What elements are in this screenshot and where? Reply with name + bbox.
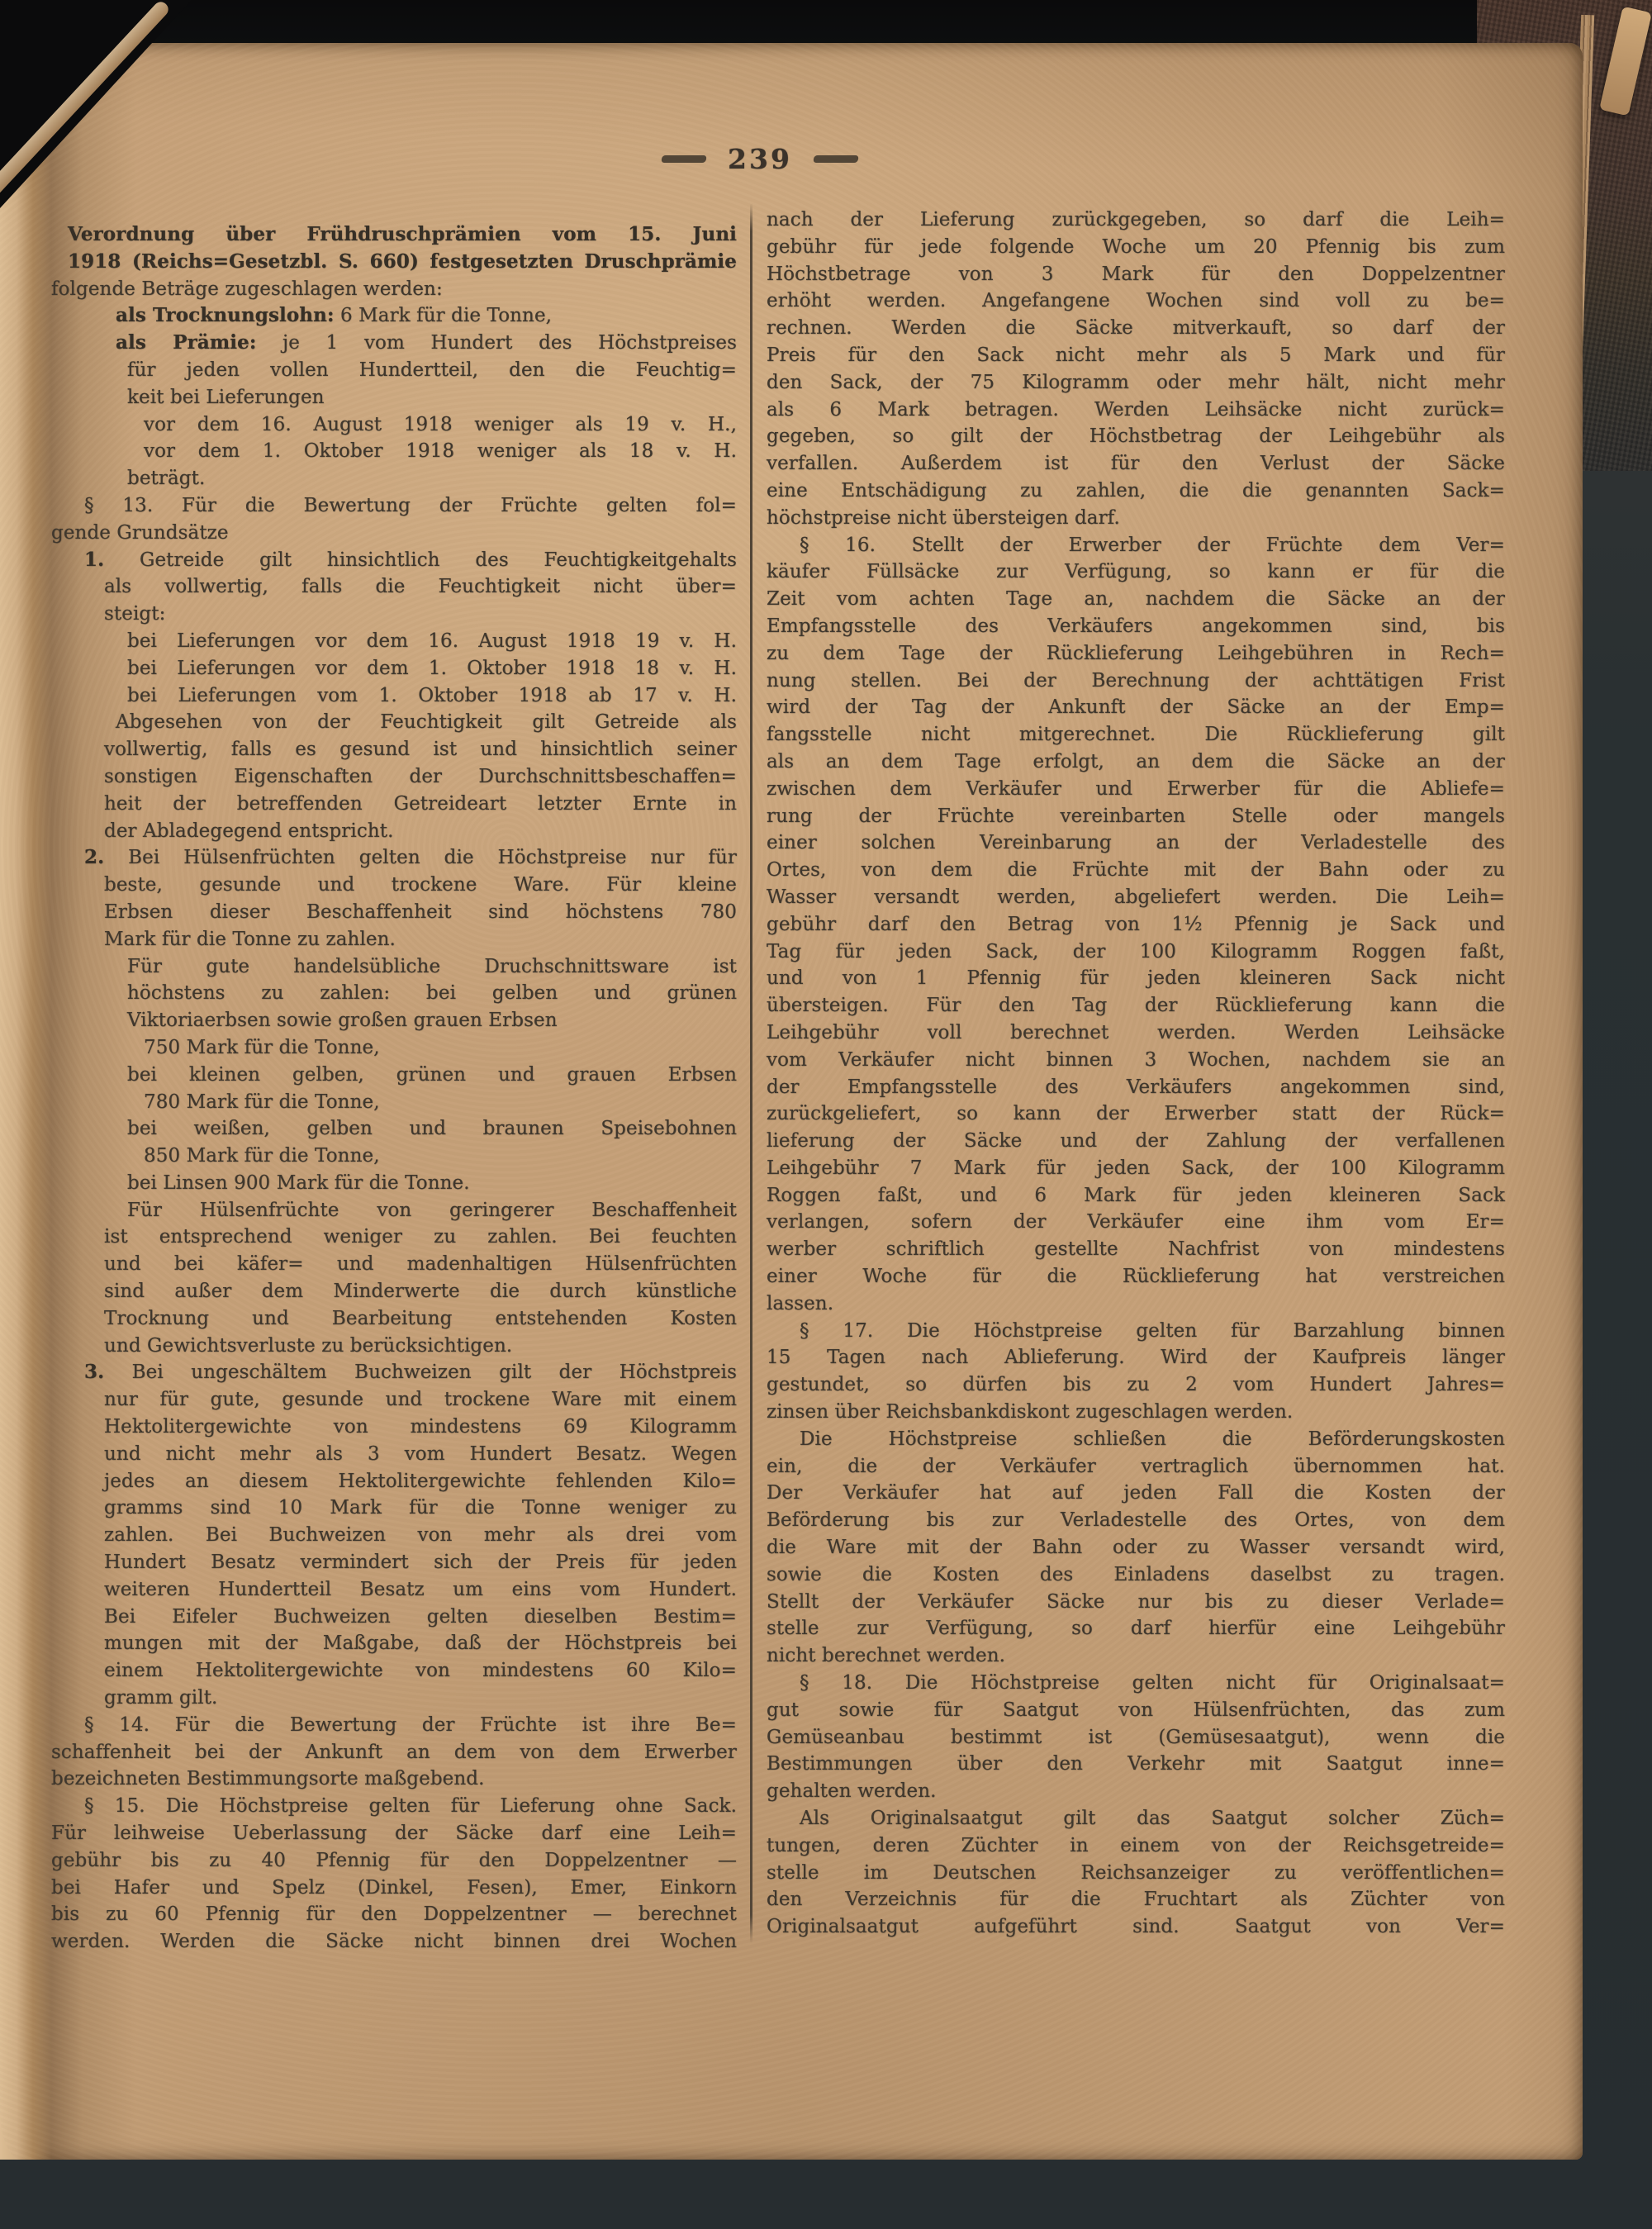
- text-line: zu dem Tage der Rücklieferung Leihgebühr…: [767, 640, 1505, 668]
- text-line: Für Hülsenfrüchte von geringerer Beschaf…: [51, 1197, 737, 1224]
- text-line: vom Verkäufer nicht binnen 3 Wochen, nac…: [767, 1047, 1505, 1074]
- text-line: Höchstbetrage von 3 Mark für den Doppelz…: [767, 261, 1505, 288]
- run-in-label: 2.: [84, 846, 104, 868]
- text-line: verlangen, sofern der Verkäufer eine ihm…: [767, 1209, 1505, 1236]
- text-line: steigt:: [51, 601, 737, 628]
- text-line: bei Lieferungen vor dem 1. Oktober 1918 …: [51, 655, 737, 682]
- text-line: nur für gute, gesunde und trockene Ware …: [51, 1386, 737, 1414]
- text-line: tungen, deren Züchter in einem von der R…: [767, 1832, 1505, 1860]
- run-in-label: 3.: [84, 1361, 104, 1383]
- text-line: und von 1 Pfennig für jeden kleineren Sa…: [767, 965, 1505, 992]
- text-line: verfallen. Außerdem ist für den Verlust …: [767, 450, 1505, 478]
- run-in-label: 1.: [84, 549, 104, 571]
- text-line: 1. Getreide gilt hinsichtlich des Feucht…: [51, 547, 737, 574]
- text-line: § 16. Stellt der Erwerber der Früchte de…: [767, 532, 1505, 559]
- column-divider-rule: [750, 203, 752, 1943]
- text-line: nicht berechnet werden.: [767, 1642, 1505, 1670]
- text-line: der Empfangsstelle des Verkäufers angeko…: [767, 1074, 1505, 1101]
- text-line: Trocknung und Bearbeitung entstehenden K…: [51, 1305, 737, 1333]
- text-line: Die Höchstpreise schließen die Beförderu…: [767, 1426, 1505, 1453]
- dash-ornament: [661, 155, 707, 163]
- text-line: § 15. Die Höchstpreise gelten für Liefer…: [51, 1793, 737, 1820]
- text-line: einer Woche für die Rücklieferung hat ve…: [767, 1263, 1505, 1290]
- text-line: ist entsprechend weniger zu zahlen. Bei …: [51, 1224, 737, 1251]
- text-line: beträgt.: [51, 465, 737, 492]
- text-line: zwischen dem Verkäufer und Erwerber für …: [767, 776, 1505, 803]
- column-right: nach der Lieferung zurückgegeben, so dar…: [767, 207, 1505, 1941]
- text-line: ein, die der Verkäufer vertraglich übern…: [767, 1453, 1505, 1480]
- text-line: Viktoriaerbsen sowie großen grauen Erbse…: [51, 1007, 737, 1034]
- text-line: § 13. Für die Bewertung der Früchte gelt…: [51, 492, 737, 520]
- text-line: Verordnung über Frühdruschprämien vom 15…: [51, 221, 737, 249]
- text-line: 2. Bei Hülsenfrüchten gelten die Höchstp…: [51, 844, 737, 872]
- text-line: 780 Mark für die Tonne,: [51, 1089, 737, 1116]
- text-line: und nicht mehr als 3 vom Hundert Besatz.…: [51, 1441, 737, 1468]
- text-line: käufer Füllsäcke zur Verfügung, so kann …: [767, 558, 1505, 586]
- text-line: rung der Früchte vereinbarten Stelle ode…: [767, 803, 1505, 830]
- text-line: bei Lieferungen vom 1. Oktober 1918 ab 1…: [51, 682, 737, 710]
- text-line: lassen.: [767, 1290, 1505, 1318]
- text-line: Preis für den Sack nicht mehr als 5 Mark…: [767, 342, 1505, 369]
- text-line: 850 Mark für die Tonne,: [51, 1143, 737, 1170]
- text-line: als vollwertig, falls die Feuchtigkeit n…: [51, 573, 737, 601]
- text-line: § 18. Die Höchstpreise gelten nicht für …: [767, 1670, 1505, 1697]
- text-line: gramm gilt.: [51, 1685, 737, 1712]
- text-line: sind außer dem Minderwerte die durch kün…: [51, 1278, 737, 1305]
- text-line: vor dem 16. August 1918 weniger als 19 v…: [51, 411, 737, 439]
- text-line: bei kleinen gelben, grünen und grauen Er…: [51, 1062, 737, 1089]
- text-line: § 17. Die Höchstpreise gelten für Barzah…: [767, 1318, 1505, 1345]
- text-line: vollwertig, falls es gesund ist und hins…: [51, 736, 737, 763]
- text-line: gehalten werden.: [767, 1778, 1505, 1805]
- text-line: Empfangsstelle des Verkäufers angekommen…: [767, 613, 1505, 640]
- text-line: gende Grundsätze: [51, 520, 737, 547]
- text-line: Erbsen dieser Beschaffenheit sind höchst…: [51, 899, 737, 926]
- text-line: sonstigen Eigenschaften der Durchschnitt…: [51, 763, 737, 791]
- text-line: Als Originalsaatgut gilt das Saatgut sol…: [767, 1805, 1505, 1832]
- text-line: einer solchen Vereinbarung an der Verlad…: [767, 829, 1505, 857]
- text-line: Gemüseanbau bestimmt ist (Gemüsesaatgut)…: [767, 1724, 1505, 1751]
- text-line: zurückgeliefert, so kann der Erwerber st…: [767, 1100, 1505, 1128]
- text-line: als Trocknungslohn: 6 Mark für die Tonne…: [51, 302, 737, 330]
- text-line: stelle im Deutschen Reichsanzeiger zu ve…: [767, 1860, 1505, 1887]
- page-number-row: 239: [653, 139, 867, 178]
- text-line: bezeichneten Bestimmungsorte maßgebend.: [51, 1766, 737, 1793]
- text-line: vor dem 1. Oktober 1918 weniger als 18 v…: [51, 438, 737, 465]
- text-line: jedes an diesem Hektolitergewichte fehle…: [51, 1468, 737, 1495]
- text-line: Abgesehen von der Feuchtigkeit gilt Getr…: [51, 709, 737, 736]
- text-line: rechnen. Werden die Säcke mitverkauft, s…: [767, 315, 1505, 342]
- text-line: einem Hektolitergewichte von mindestens …: [51, 1657, 737, 1685]
- text-line: Originalsaatgut aufgeführt sind. Saatgut…: [767, 1913, 1505, 1941]
- text-line: folgende Beträge zugeschlagen werden:: [51, 276, 737, 303]
- text-line: der Abladegegend entspricht.: [51, 818, 737, 845]
- text-line: weiteren Hundertteil Besatz um eins vom …: [51, 1576, 737, 1604]
- text-line: heit der betreffenden Getreideart letzte…: [51, 791, 737, 818]
- text-line: gestundet, so dürfen bis zu 2 vom Hunder…: [767, 1371, 1505, 1399]
- text-line: stelle zur Verfügung, so darf hierfür ei…: [767, 1615, 1505, 1642]
- run-in-label: als Trocknungslohn:: [116, 304, 335, 326]
- text-line: bei Hafer und Spelz (Dinkel, Fesen), Eme…: [51, 1875, 737, 1902]
- text-line: mungen mit der Maßgabe, daß der Höchstpr…: [51, 1630, 737, 1657]
- text-line: § 14. Für die Bewertung der Früchte ist …: [51, 1712, 737, 1739]
- text-line: 1918 (Reichs=Gesetzbl. S. 660) festgeset…: [51, 249, 737, 276]
- text-line: Wasser versandt werden, abgeliefert werd…: [767, 884, 1505, 911]
- text-line: schaffenheit bei der Ankunft an dem von …: [51, 1739, 737, 1766]
- text-line: Der Verkäufer hat auf jeden Fall die Kos…: [767, 1480, 1505, 1507]
- page-number: 239: [728, 143, 792, 175]
- text-line: als 6 Mark betragen. Werden Leihsäcke ni…: [767, 397, 1505, 424]
- text-line: Tag für jeden Sack, der 100 Kilogramm Ro…: [767, 939, 1505, 966]
- text-line: 3. Bei ungeschältem Buchweizen gilt der …: [51, 1359, 737, 1386]
- text-line: für jeden vollen Hundertteil, den die Fe…: [51, 357, 737, 384]
- text-line: als Prämie: je 1 vom Hundert des Höchstp…: [51, 330, 737, 357]
- text-line: lieferung der Säcke und der Zahlung der …: [767, 1128, 1505, 1155]
- text-line: den Sack, der 75 Kilogramm oder mehr häl…: [767, 369, 1505, 397]
- text-line: nung stellen. Bei der Berechnung der ach…: [767, 668, 1505, 695]
- text-line: Hundert Besatz vermindert sich der Preis…: [51, 1549, 737, 1576]
- text-line: Stellt der Verkäufer Säcke nur bis zu di…: [767, 1589, 1505, 1616]
- text-line: zinsen über Reichsbankdiskont zugeschlag…: [767, 1399, 1505, 1426]
- text-line: fangsstelle nicht mitgerechnet. Die Rück…: [767, 721, 1505, 749]
- text-line: bei weißen, gelben und braunen Speiseboh…: [51, 1115, 737, 1143]
- text-line: Bei Eifeler Buchweizen gelten dieselben …: [51, 1604, 737, 1631]
- dash-ornament: [813, 155, 859, 163]
- text-line: bei Linsen 900 Mark für die Tonne.: [51, 1170, 737, 1197]
- text-line: Zeit vom achten Tage an, nachdem die Säc…: [767, 586, 1505, 613]
- text-line: und Gewichtsverluste zu berücksichtigen.: [51, 1333, 737, 1360]
- text-line: bis zu 60 Pfennig für den Doppelzentner …: [51, 1901, 737, 1928]
- text-line: als an dem Tage erfolgt, an dem die Säck…: [767, 749, 1505, 776]
- column-left: Verordnung über Frühdruschprämien vom 15…: [51, 221, 737, 1956]
- text-line: Leihgebühr voll berechnet werden. Werden…: [767, 1019, 1505, 1047]
- text-line: Hektolitergewichte von mindestens 69 Kil…: [51, 1414, 737, 1441]
- text-line: höchstpreise nicht übersteigen darf.: [767, 505, 1505, 532]
- text-line: zahlen. Bei Buchweizen von mehr als drei…: [51, 1522, 737, 1549]
- text-line: gegeben, so gilt der Höchstbetrag der Le…: [767, 423, 1505, 450]
- text-line: gebühr für jede folgende Woche um 20 Pfe…: [767, 234, 1505, 261]
- text-line: und bei käfer= und madenhaltigen Hülsenf…: [51, 1251, 737, 1278]
- text-line: gebühr bis zu 40 Pfennig für den Doppelz…: [51, 1847, 737, 1875]
- text-line: werden. Werden die Säcke nicht binnen dr…: [51, 1928, 737, 1956]
- text-line: gebühr darf den Betrag von 1½ Pfennig je…: [767, 911, 1505, 939]
- text-line: Leihgebühr 7 Mark für jeden Sack, der 10…: [767, 1155, 1505, 1182]
- text-line: gramms sind 10 Mark für die Tonne wenige…: [51, 1495, 737, 1522]
- text-line: beste, gesunde und trockene Ware. Für kl…: [51, 872, 737, 899]
- text-line: übersteigen. Für den Tag der Rücklieferu…: [767, 992, 1505, 1019]
- text-line: werber schriftlich gestellte Nachfrist v…: [767, 1236, 1505, 1263]
- text-line: Bestimmungen über den Verkehr mit Saatgu…: [767, 1751, 1505, 1778]
- text-line: gut sowie für Saatgut von Hülsenfrüchten…: [767, 1697, 1505, 1724]
- text-line: Roggen faßt, und 6 Mark für jeden kleine…: [767, 1182, 1505, 1210]
- scanned-book-photo: 239 Verordnung über Frühdruschprämien vo…: [0, 0, 1652, 2229]
- text-line: 750 Mark für die Tonne,: [51, 1034, 737, 1062]
- text-line: 15 Tagen nach Ablieferung. Wird der Kauf…: [767, 1344, 1505, 1371]
- text-line: Beförderung bis zur Verladestelle des Or…: [767, 1507, 1505, 1534]
- text-line: erhöht werden. Angefangene Wochen sind v…: [767, 288, 1505, 315]
- text-line: den Verzeichnis für die Fruchtart als Zü…: [767, 1886, 1505, 1913]
- text-line: Für leihweise Ueberlassung der Säcke dar…: [51, 1820, 737, 1847]
- text-line: eine Entschädigung zu zahlen, die die ge…: [767, 478, 1505, 505]
- text-line: Mark für die Tonne zu zahlen.: [51, 926, 737, 953]
- run-in-label: als Prämie:: [116, 331, 256, 354]
- text-line: Ortes, von dem die Früchte mit der Bahn …: [767, 857, 1505, 884]
- page-paper: 239 Verordnung über Frühdruschprämien vo…: [0, 43, 1583, 2160]
- text-line: die Ware mit der Bahn oder zu Wasser ver…: [767, 1534, 1505, 1561]
- text-line: Für gute handelsübliche Druchschnittswar…: [51, 953, 737, 981]
- text-line: wird der Tag der Ankunft der Säcke an de…: [767, 694, 1505, 721]
- text-line: bei Lieferungen vor dem 16. August 1918 …: [51, 628, 737, 655]
- text-line: keit bei Lieferungen: [51, 384, 737, 411]
- text-line: höchstens zu zahlen: bei gelben und grün…: [51, 980, 737, 1007]
- text-line: nach der Lieferung zurückgegeben, so dar…: [767, 207, 1505, 234]
- text-line: sowie die Kosten des Einladens daselbst …: [767, 1561, 1505, 1589]
